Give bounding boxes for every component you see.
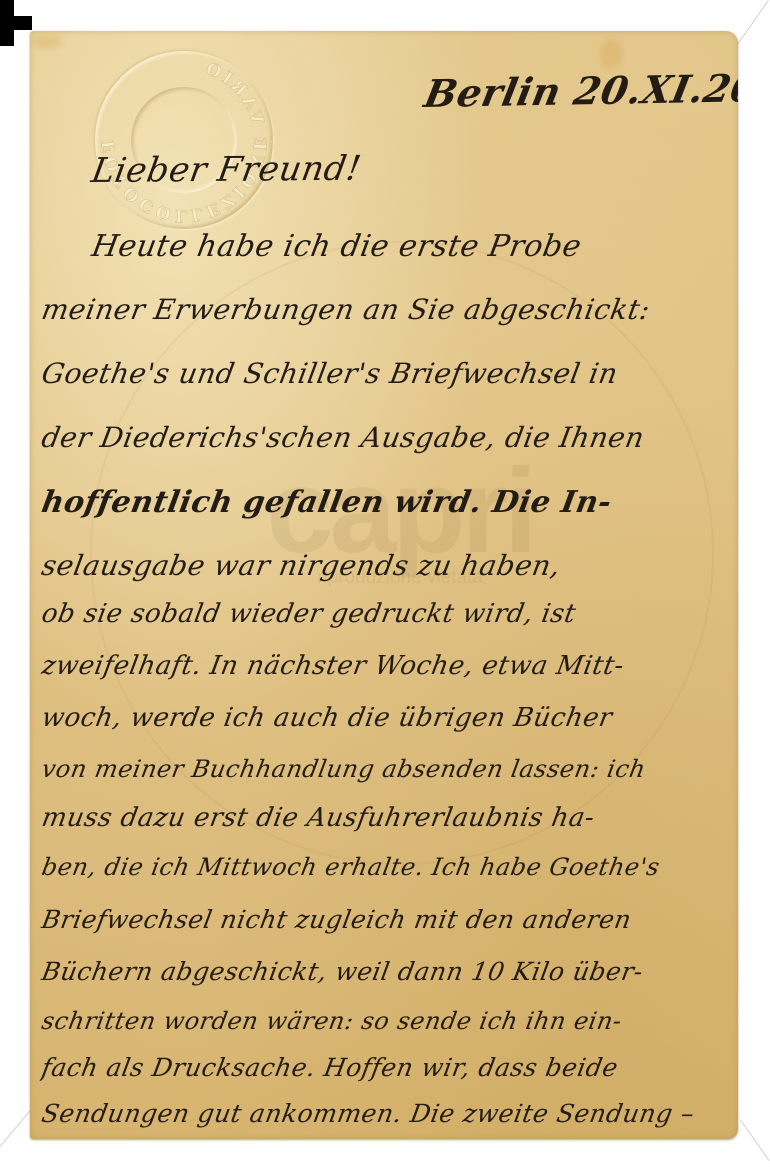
paper-stain (600, 39, 622, 69)
embossed-stamp: FOTOCOLLEZIONE VARIO (95, 51, 273, 229)
scan-fold-line-bottom-right (740, 1119, 769, 1161)
salutation: Lieber Freund! (89, 149, 364, 191)
letter-line: muss dazu erst die Ausfuhrerlaubnis ha- (39, 803, 724, 833)
letter-line: fach als Drucksache. Hoffen wir, dass be… (39, 1053, 724, 1082)
letter-line: von meiner Buchhandlung absenden lassen:… (40, 755, 725, 783)
postcard: capri riproduzione vietata FOTOCOLLEZION… (30, 31, 738, 1139)
letter-line: ben, die ich Mittwoch erhalte. Ich habe … (40, 853, 725, 881)
svg-text:FOTOCOLLEZIONE VARIO: FOTOCOLLEZIONE VARIO (99, 58, 270, 225)
letter-line: Büchern abgeschickt, weil dann 10 Kilo ü… (39, 957, 724, 986)
paper-stain (32, 35, 62, 49)
letter-line: Heute habe ich die erste Probe (89, 229, 738, 264)
letter-line: zweifelhaft. In nächster Woche, etwa Mit… (39, 651, 724, 681)
scan-fold-line-bottom-left (0, 1110, 31, 1157)
embossed-stamp-text-ring: FOTOCOLLEZIONE VARIO (95, 51, 273, 229)
letter-line: Goethe's und Schiller's Briefwechsel in (39, 357, 725, 390)
letter-line: ob sie sobald wieder gedruckt wird, ist (39, 599, 724, 629)
letter-line: meiner Erwerbungen an Sie abgeschickt: (39, 293, 725, 326)
letter-line: schritten worden wären: so sende ich ihn… (40, 1007, 725, 1035)
letter-line: Briefwechsel nicht zugleich mit den ande… (39, 905, 724, 934)
scan-corner-mark (0, 0, 14, 46)
letter-line: Sendungen gut ankommen. Die zweite Sendu… (39, 1099, 724, 1128)
letter-line: hoffentlich gefallen wird. Die In- (39, 485, 725, 520)
letter-line: der Diederichs'schen Ausgabe, die Ihnen (39, 421, 725, 454)
letter-line: selausgabe war nirgends zu haben, (39, 549, 725, 582)
place-date: Berlin 20.XI.20. (421, 65, 738, 116)
letter-line: woch, werde ich auch die übrigen Bücher (39, 703, 724, 733)
